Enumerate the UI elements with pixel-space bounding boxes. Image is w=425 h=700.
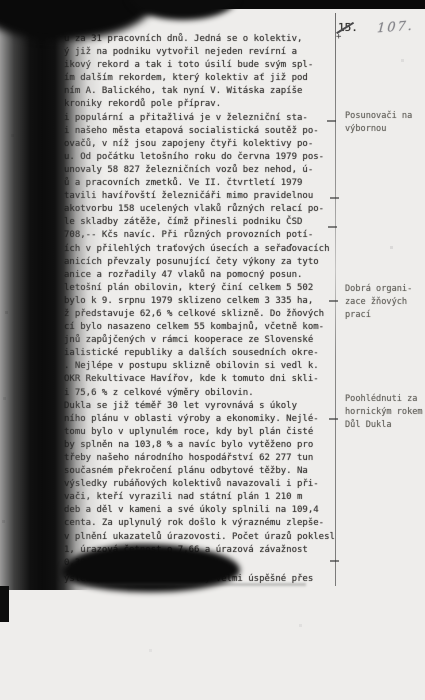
scanned-document-page: 15. 107. u za 31 pracovních dnů. Jedná s… [0,0,425,700]
gutter-smear-line [86,583,306,586]
margin-note-line: Poohlédnuti za [345,393,425,406]
margin-note-line: Důl Dukla [345,419,425,432]
margin-note-posunovaci: Posunovači navýbornou [345,110,425,136]
margin-note-dul-dukla: Poohlédnuti zahornickým rokemDůl Dukla [345,393,425,432]
margin-note-line: výbornou [345,123,425,136]
rule-tick [330,197,339,199]
margin-note-line: zace žňových [345,296,425,309]
margin-note-line: Dobrá organi- [345,283,425,296]
margin-note-line: prací [345,309,425,322]
page-number-area: 15. 107. [338,16,413,35]
book-gutter-shadow [0,0,108,590]
handwritten-page-number: 107. [376,19,414,37]
typed-page-number-text: 15. [338,21,358,34]
rule-tick [327,120,336,122]
margin-note-line: Posunovači na [345,110,425,123]
margin-note-line: hornickým rokem [345,406,425,419]
rule-tick [330,560,339,562]
rule-tick [329,300,338,302]
scan-edge-block [0,586,9,622]
rule-tick [328,226,337,228]
margin-note-znove-prace: Dobrá organi-zace žňovýchprací [345,283,425,322]
rule-tick [329,418,338,420]
typed-page-number: 15. [338,21,358,34]
